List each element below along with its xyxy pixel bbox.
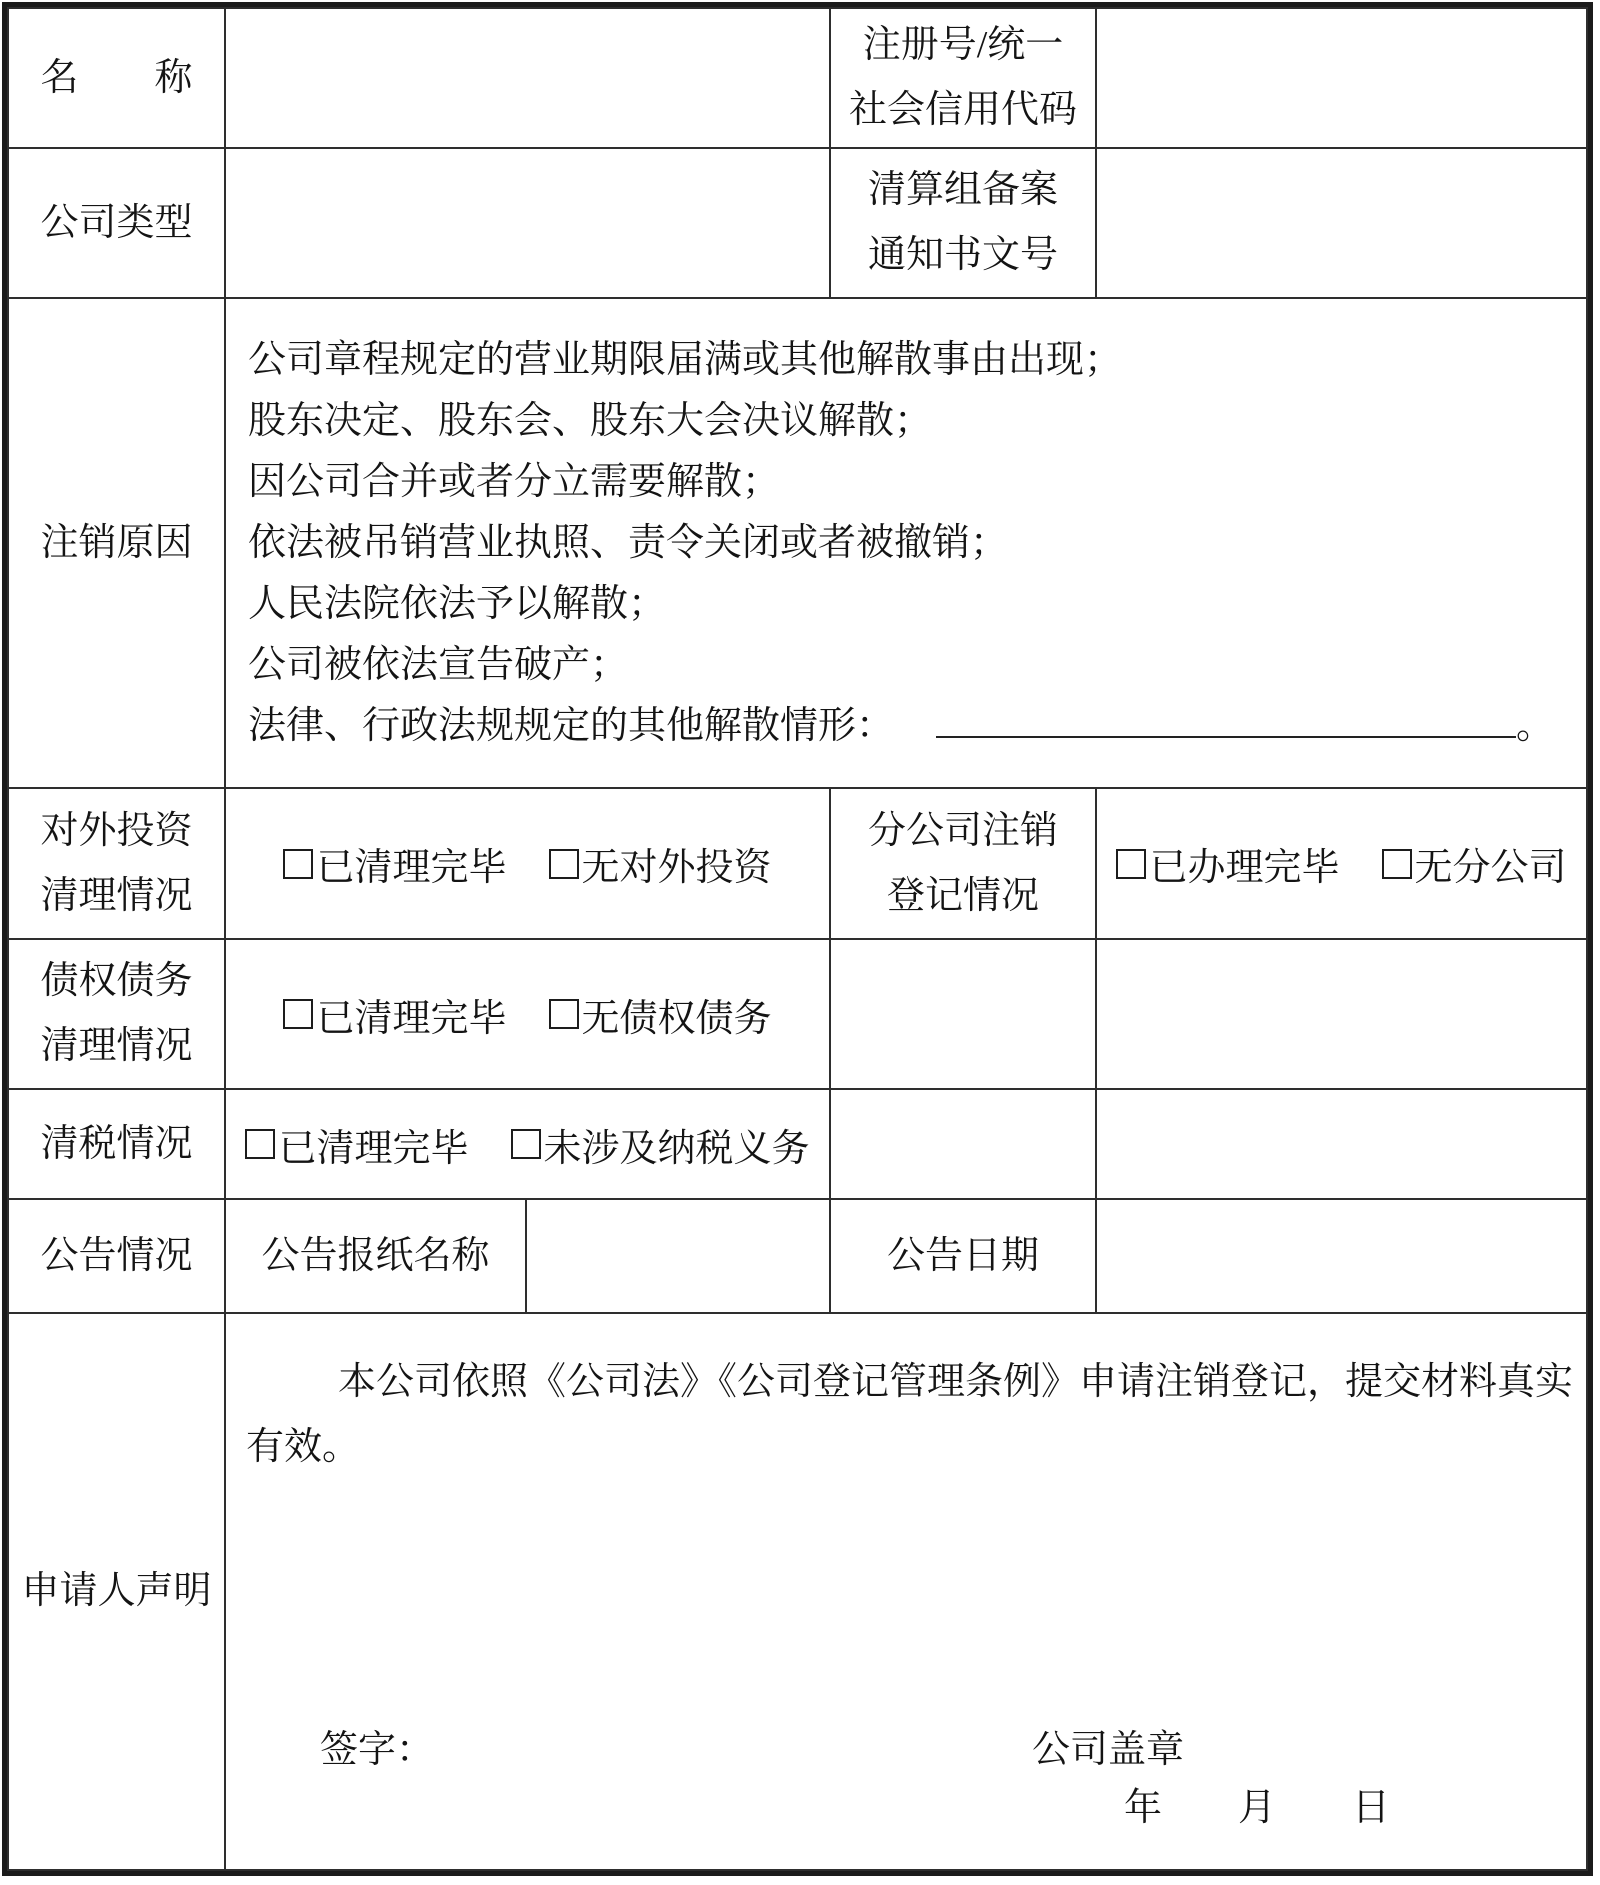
branch-cancel-label-line2: 登记情况 (831, 864, 1095, 929)
tax-clearance-options-cell: 已清理完毕 未涉及纳税义务 (225, 1089, 830, 1199)
reason-item-other: 法律、行政法规规定的其他解散情形：。 (248, 696, 1566, 757)
announcement-date-label: 公告日期 (830, 1199, 1096, 1313)
checkbox-unchecked-icon[interactable] (283, 849, 313, 879)
reason-item: 公司章程规定的营业期限届满或其他解散事由出现； (248, 330, 1566, 391)
company-type-label: 公司类型 (8, 148, 225, 298)
declaration-statement-line2: 有效。 (246, 1415, 1570, 1480)
debt-option-none-label: 无债权债务 (582, 987, 772, 1042)
newspaper-name-value-cell[interactable] (526, 1199, 830, 1313)
tax-option-cleared-label: 已清理完毕 (278, 1117, 468, 1172)
deregistration-table: 名 称 注册号/统一 社会信用代码 公司类型 清算组备案 通知书文号 注销原因 … (7, 7, 1588, 1871)
credit-code-label: 注册号/统一 社会信用代码 (830, 8, 1096, 148)
tax-row-empty-cell-1[interactable] (830, 1089, 1096, 1199)
declaration-statement-line1: 本公司依照《公司法》《公司登记管理条例》申请注销登记，提交材料真实 (246, 1350, 1570, 1415)
debt-option-cleared-label: 已清理完毕 (316, 987, 506, 1042)
credit-code-label-line1: 注册号/统一 (831, 13, 1095, 78)
cancel-reason-label: 注销原因 (8, 298, 225, 788)
name-value-cell[interactable] (225, 8, 830, 148)
declaration-content-cell: 本公司依照《公司法》《公司登记管理条例》申请注销登记，提交材料真实 有效。 签字… (225, 1313, 1587, 1870)
debt-option-cleared: 已清理完毕 (283, 987, 506, 1042)
reason-item: 人民法院依法予以解散； (248, 574, 1566, 635)
checkbox-unchecked-icon[interactable] (283, 999, 313, 1029)
liquidation-filing-label: 清算组备案 通知书文号 (830, 148, 1096, 298)
checkbox-unchecked-icon[interactable] (549, 999, 579, 1029)
investment-option-cleared-label: 已清理完毕 (316, 836, 506, 891)
branch-option-done-label: 已办理完毕 (1149, 836, 1339, 891)
investment-cleanup-label: 对外投资 清理情况 (8, 788, 225, 939)
cancel-reason-content-cell: 公司章程规定的营业期限届满或其他解散事由出现； 股东决定、股东会、股东大会决议解… (225, 298, 1587, 788)
reason-item: 因公司合并或者分立需要解散； (248, 452, 1566, 513)
investment-cleanup-label-line1: 对外投资 (9, 799, 224, 864)
checkbox-unchecked-icon[interactable] (1382, 849, 1412, 879)
checkbox-unchecked-icon[interactable] (511, 1129, 541, 1159)
branch-option-done: 已办理完毕 (1116, 836, 1339, 891)
signature-label[interactable]: 签字： (320, 1718, 434, 1773)
name-label: 名 称 (8, 8, 225, 148)
company-deregistration-form: { "table": { "row_name": { "label": "名 称… (0, 0, 1600, 1885)
applicant-declaration-label: 申请人声明 (8, 1313, 225, 1870)
branch-cancel-options-cell: 已办理完毕 无分公司 (1096, 788, 1587, 939)
tax-row-empty-cell-2[interactable] (1096, 1089, 1587, 1199)
form-outer-border: 名 称 注册号/统一 社会信用代码 公司类型 清算组备案 通知书文号 注销原因 … (2, 2, 1593, 1876)
debt-row-empty-cell-1[interactable] (830, 939, 1096, 1089)
date-fill-label[interactable]: 年 月 日 (1124, 1776, 1390, 1831)
tax-option-none: 未涉及纳税义务 (511, 1117, 810, 1172)
debt-option-none: 无债权债务 (549, 987, 772, 1042)
reason-item: 依法被吊销营业执照、责令关闭或者被撤销； (248, 513, 1566, 574)
tax-option-none-label: 未涉及纳税义务 (544, 1117, 810, 1172)
debt-cleanup-label: 债权债务 清理情况 (8, 939, 225, 1089)
announcement-label: 公告情况 (8, 1199, 225, 1313)
liquidation-filing-label-line1: 清算组备案 (831, 158, 1095, 223)
liquidation-filing-value-cell[interactable] (1096, 148, 1587, 298)
investment-option-none-label: 无对外投资 (582, 836, 772, 891)
checkbox-unchecked-icon[interactable] (1116, 849, 1146, 879)
branch-cancel-label-line1: 分公司注销 (831, 799, 1095, 864)
credit-code-label-line2: 社会信用代码 (831, 78, 1095, 143)
investment-option-none: 无对外投资 (549, 836, 772, 891)
branch-cancel-label: 分公司注销 登记情况 (830, 788, 1096, 939)
company-type-value-cell[interactable] (225, 148, 830, 298)
reason-item: 股东决定、股东会、股东大会决议解散； (248, 391, 1566, 452)
investment-cleanup-options-cell: 已清理完毕 无对外投资 (225, 788, 830, 939)
branch-option-none-label: 无分公司 (1415, 836, 1567, 891)
company-seal-label: 公司盖章 (1032, 1718, 1184, 1773)
other-reason-label: 法律、行政法规规定的其他解散情形： (248, 705, 894, 747)
other-reason-suffix: 。 (1516, 705, 1554, 747)
credit-code-value-cell[interactable] (1096, 8, 1587, 148)
investment-option-cleared: 已清理完毕 (283, 836, 506, 891)
announcement-date-value-cell[interactable] (1096, 1199, 1587, 1313)
checkbox-unchecked-icon[interactable] (549, 849, 579, 879)
debt-cleanup-label-line1: 债权债务 (9, 949, 224, 1014)
debt-row-empty-cell-2[interactable] (1096, 939, 1587, 1089)
liquidation-filing-label-line2: 通知书文号 (831, 223, 1095, 288)
newspaper-name-label: 公告报纸名称 (225, 1199, 526, 1313)
branch-option-none: 无分公司 (1382, 836, 1567, 891)
debt-cleanup-options-cell: 已清理完毕 无债权债务 (225, 939, 830, 1089)
investment-cleanup-label-line2: 清理情况 (9, 864, 224, 929)
reason-item: 公司被依法宣告破产； (248, 635, 1566, 696)
declaration-statement: 本公司依照《公司法》《公司登记管理条例》申请注销登记，提交材料真实 有效。 (246, 1350, 1570, 1480)
debt-cleanup-label-line2: 清理情况 (9, 1014, 224, 1079)
tax-clearance-label: 清税情况 (8, 1089, 225, 1199)
checkbox-unchecked-icon[interactable] (245, 1129, 275, 1159)
other-reason-blank[interactable] (936, 731, 1516, 738)
tax-option-cleared: 已清理完毕 (245, 1117, 468, 1172)
